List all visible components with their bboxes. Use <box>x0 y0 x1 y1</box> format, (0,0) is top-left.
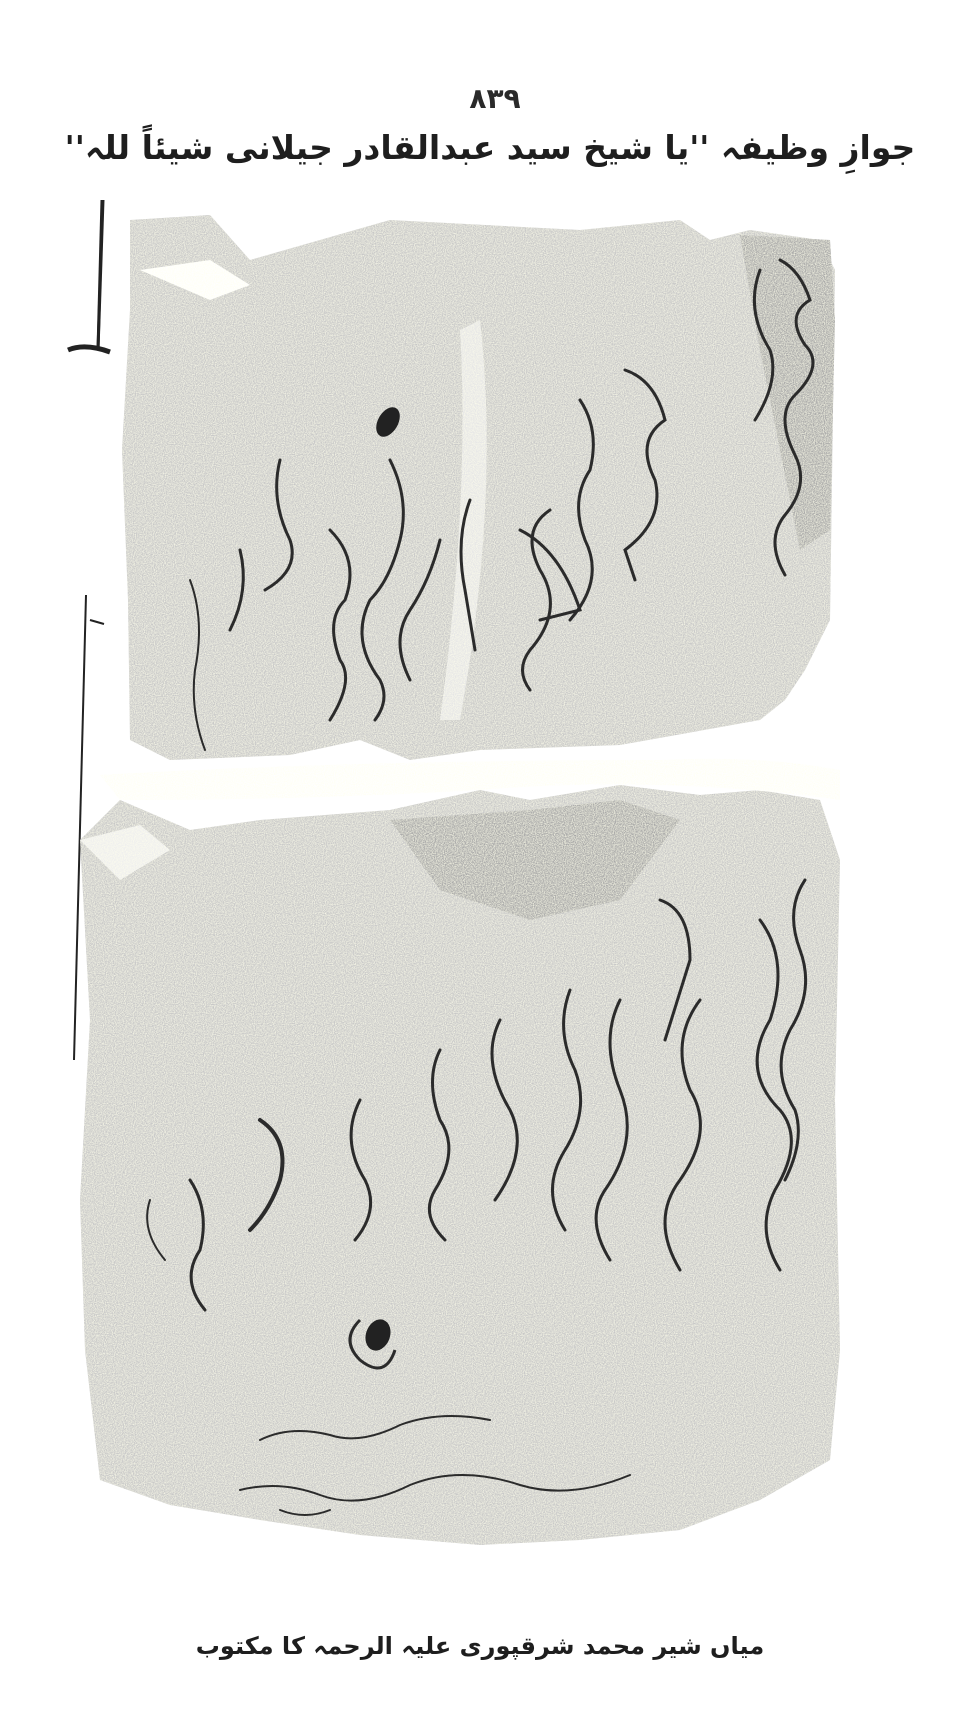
letter-lower-half <box>80 785 840 1545</box>
figure-caption: میاں شیر محمد شرقپوری علیہ الرحمہ کا مکت… <box>0 1632 960 1660</box>
page-title: جوازِ وظیفہ ''یا شیخ سید عبدالقادر جیلان… <box>0 128 960 167</box>
page-number: ۸۳۹ <box>0 82 960 115</box>
letter-scan-graphic <box>60 200 900 1620</box>
letter-scan-image: Photograph of a handwritten Urdu/Persian… <box>60 200 900 1620</box>
